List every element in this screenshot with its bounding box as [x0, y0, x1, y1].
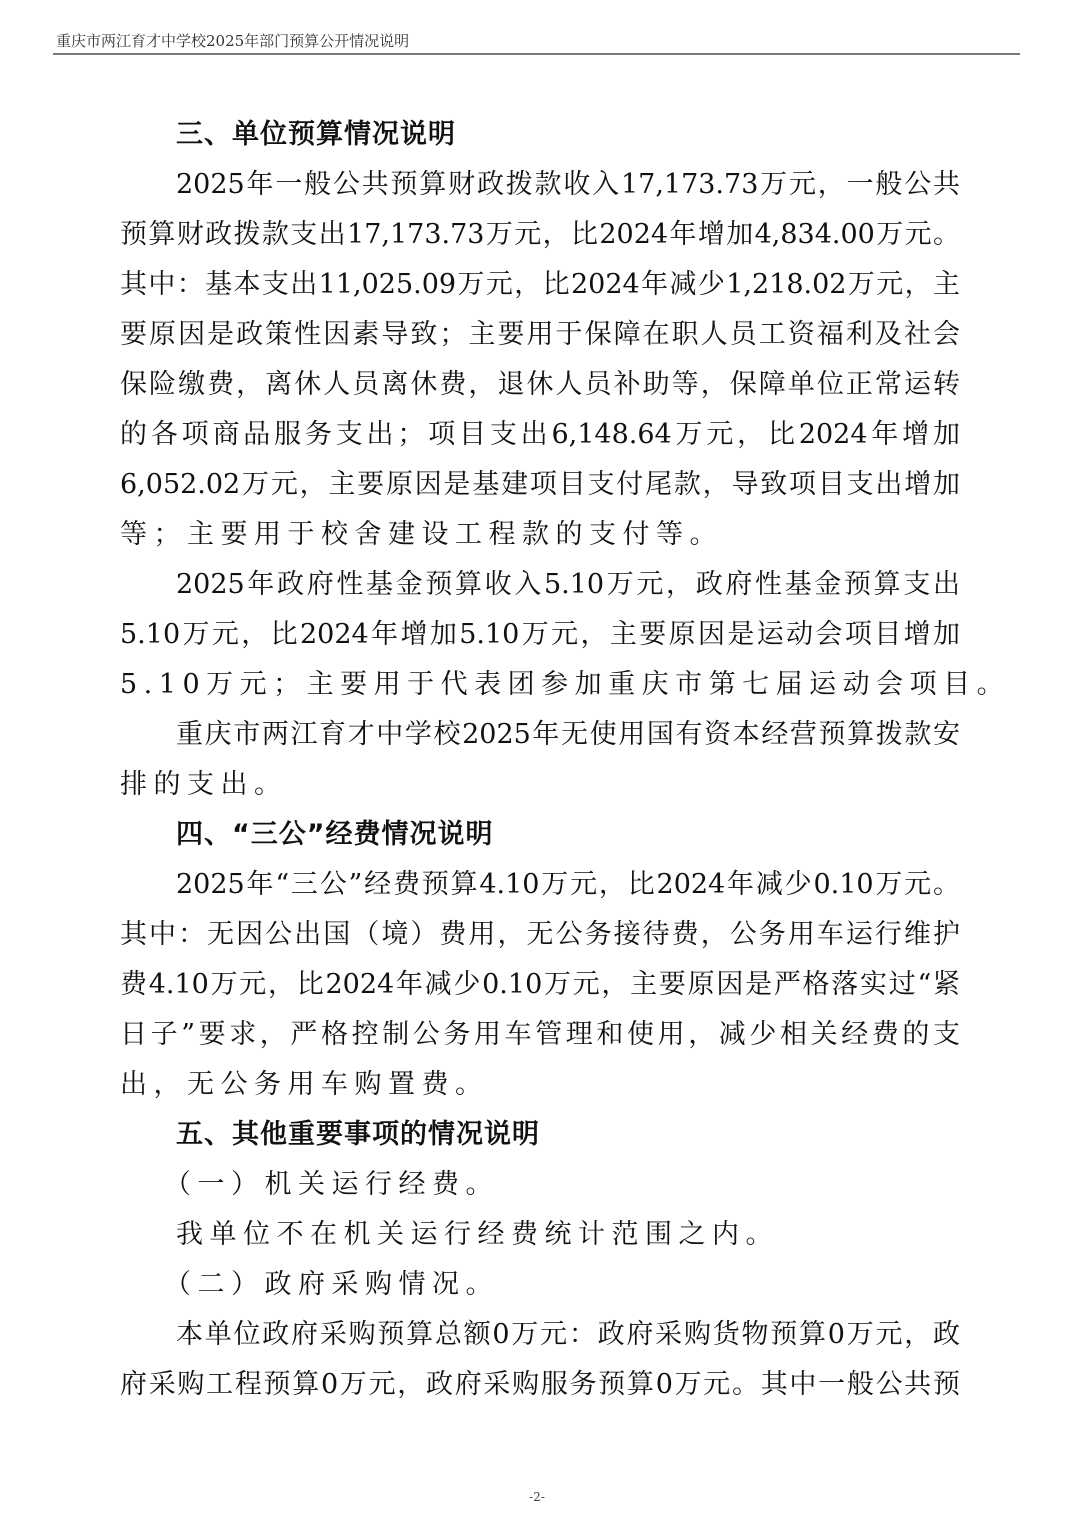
- paragraph-line: 其中：基本支出11,025.09万元，比2024年减少1,218.02万元，主: [120, 260, 960, 310]
- document-body: 三、单位预算情况说明 2025年一般公共预算财政拨款收入17,173.73万元，…: [120, 110, 960, 1410]
- paragraph-line: 2025年政府性基金预算收入5.10万元，政府性基金预算支出: [120, 560, 960, 610]
- paragraph-line: 5.10万元，比2024年增加5.10万元，主要原因是运动会项目增加: [120, 610, 960, 660]
- section-heading-three-public-expenses: 四、“三公”经费情况说明: [120, 810, 960, 860]
- section-heading-unit-budget: 三、单位预算情况说明: [120, 110, 960, 160]
- paragraph-line: 预算财政拨款支出17,173.73万元，比2024年增加4,834.00万元。: [120, 210, 960, 260]
- paragraph-line: 要原因是政策性因素导致；主要用于保障在职人员工资福利及社会: [120, 310, 960, 360]
- paragraph-line: 出，无公务用车购置费。: [120, 1060, 960, 1110]
- paragraph-line: 2025年一般公共预算财政拨款收入17,173.73万元，一般公共: [120, 160, 960, 210]
- paragraph-line: 府采购工程预算0万元，政府采购服务预算0万元。其中一般公共预: [120, 1360, 960, 1410]
- paragraph-line: 的各项商品服务支出；项目支出6,148.64万元，比2024年增加: [120, 410, 960, 460]
- paragraph-line: 本单位政府采购预算总额0万元：政府采购货物预算0万元，政: [120, 1310, 960, 1360]
- subsection-title-operating-expenses: （一）机关运行经费。: [120, 1160, 960, 1210]
- paragraph-line: 重庆市两江育才中学校2025年无使用国有资本经营预算拨款安: [120, 710, 960, 760]
- section-heading-other-matters: 五、其他重要事项的情况说明: [120, 1110, 960, 1160]
- page-number: -2-: [0, 1490, 1074, 1504]
- subsection-title-procurement: （二）政府采购情况。: [120, 1260, 960, 1310]
- paragraph-line: 5.10万元；主要用于代表团参加重庆市第七届运动会项目。: [120, 660, 960, 710]
- paragraph-line: 我单位不在机关运行经费统计范围之内。: [120, 1210, 960, 1260]
- paragraph-line: 保险缴费，离休人员离休费，退休人员补助等，保障单位正常运转: [120, 360, 960, 410]
- paragraph-line: 其中：无因公出国（境）费用，无公务接待费，公务用车运行维护: [120, 910, 960, 960]
- header-divider: [53, 53, 1020, 55]
- paragraph-line: 排的支出。: [120, 760, 960, 810]
- page-header-title: 重庆市两江育才中学校2025年部门预算公开情况说明: [56, 30, 409, 51]
- paragraph-line: 日子”要求，严格控制公务用车管理和使用，减少相关经费的支: [120, 1010, 960, 1060]
- paragraph-line: 费4.10万元，比2024年减少0.10万元，主要原因是严格落实过“紧: [120, 960, 960, 1010]
- paragraph-line: 2025年“三公”经费预算4.10万元，比2024年减少0.10万元。: [120, 860, 960, 910]
- paragraph-line: 等；主要用于校舍建设工程款的支付等。: [120, 510, 960, 560]
- paragraph-line: 6,052.02万元，主要原因是基建项目支付尾款，导致项目支出增加: [120, 460, 960, 510]
